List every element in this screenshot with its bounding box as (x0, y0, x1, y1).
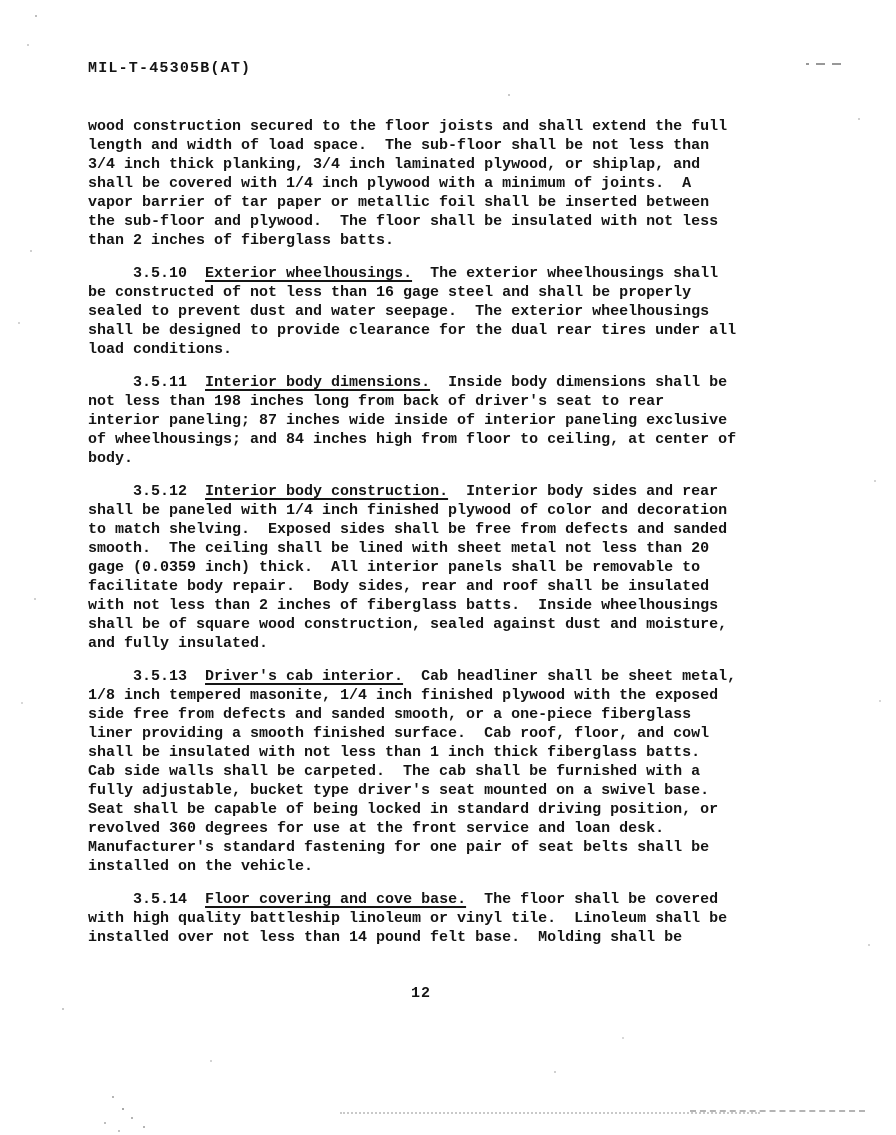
section-number: 3.5.14 (88, 891, 205, 908)
document-number: MIL-T-45305B(AT) (88, 59, 251, 78)
section-title: Interior body dimensions. (205, 374, 430, 391)
section-text: Cab headliner shall be sheet metal, 1/8 … (88, 668, 736, 875)
section-number: 3.5.13 (88, 668, 205, 685)
section-number: 3.5.11 (88, 374, 205, 391)
scan-noise-dashes (806, 63, 866, 67)
section-title: Floor covering and cove base. (205, 891, 466, 908)
document-page: MIL-T-45305B(AT) wood construction secur… (0, 0, 896, 1135)
paragraph-text: wood construction secured to the floor j… (88, 118, 727, 249)
section-number: 3.5.12 (88, 483, 205, 500)
section-title: Driver's cab interior. (205, 668, 403, 685)
section-3-5-11: 3.5.11 Interior body dimensions. Inside … (88, 373, 828, 468)
scan-noise-dashed-line (690, 1110, 865, 1112)
section-number: 3.5.10 (88, 265, 205, 282)
section-3-5-10: 3.5.10 Exterior wheelhousings. The exter… (88, 264, 828, 359)
scan-noise-dotted-line (340, 1112, 760, 1114)
section-3-5-12: 3.5.12 Interior body construction. Inter… (88, 482, 828, 653)
paragraph-continuation: wood construction secured to the floor j… (88, 117, 828, 250)
section-3-5-14: 3.5.14 Floor covering and cove base. The… (88, 890, 828, 947)
page-number: 12 (411, 984, 431, 1003)
section-title: Exterior wheelhousings. (205, 265, 412, 282)
scan-noise-speckles (0, 0, 2, 2)
section-title: Interior body construction. (205, 483, 448, 500)
section-text: Interior body sides and rear shall be pa… (88, 483, 727, 652)
section-3-5-13: 3.5.13 Driver's cab interior. Cab headli… (88, 667, 828, 876)
document-body: wood construction secured to the floor j… (88, 117, 828, 961)
